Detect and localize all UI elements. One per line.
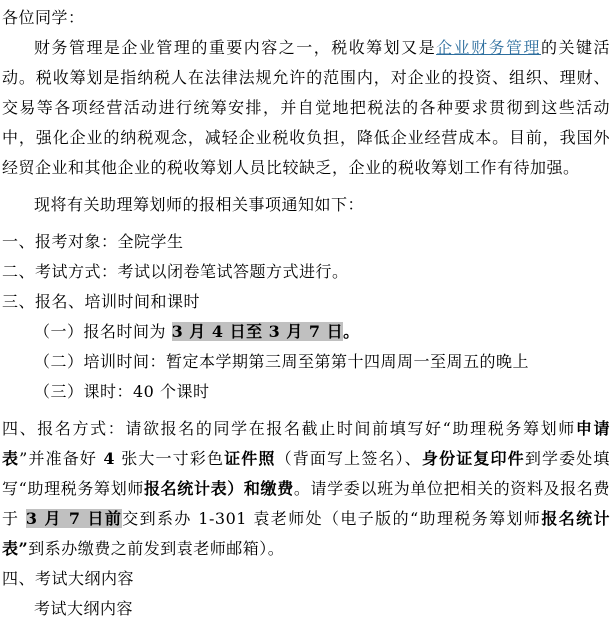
text-run: 到系办缴费之前发到袁老师邮箱）。 [28,539,284,558]
document-body: 各位同学：财务管理是企业管理的重要内容之一，税收筹划又是企业财务管理的关键活动。… [0,0,612,624]
text-run: 三、报名、培训时间和课时 [2,292,200,311]
text-run: 4 [103,449,115,468]
item-3-2-training-time: （二）培训时间：暂定本学期第三周至第第十四周周一至周五的晚上 [2,347,610,377]
text-run: 的关键活动。税收筹划是指纳税人在法律法规允许的范围内，对企业的投资、组织、理财、… [2,38,610,177]
text-run: 。 [343,322,360,341]
item-3-1-signup-time: （一）报名时间为 3 月 4 日至 3 月 7 日。 [2,317,610,347]
text-run: （背面写上签名）、 [276,449,422,468]
text-run: 一、报考对象：全院学生 [2,232,184,251]
text-run: 报名统计表）和缴费 [144,479,294,498]
item-4-outline-heading: 四、考试大纲内容 [2,564,610,594]
text-run: 交到系办 1-301 袁老师处（电子版的“助理税务筹划师 [122,509,541,528]
text-run: 身份证复印件 [422,449,525,468]
text-run: （三）课时：40 个课时 [34,382,209,401]
text-run: 财务管理是企业管理的重要内容之一，税收筹划又是 [34,38,436,57]
item-1-candidates: 一、报考对象：全院学生 [2,227,610,257]
intro-paragraph: 财务管理是企业管理的重要内容之一，税收筹划又是企业财务管理的关键活动。税收筹划是… [2,33,610,183]
highlighted-text: 3 月 4 日至 3 月 7 日 [172,322,344,341]
text-run: 二、考试方式：考试以闭卷笔试答题方式进行。 [2,262,349,281]
text-run: （一）报名时间为 [34,322,172,341]
text-run: ”并准备好 [19,449,103,468]
notice-lead: 现将有关助理筹划师的报相关事项通知如下： [2,190,610,220]
item-4-signup-method: 四、报名方式：请欲报名的同学在报名截止时间前填写好“助理税务筹划师申请表”并准备… [2,414,610,564]
item-2-exam-format: 二、考试方式：考试以闭卷笔试答题方式进行。 [2,257,610,287]
outline-body: 考试大纲内容 [2,594,610,624]
item-3-3-class-hours: （三）课时：40 个课时 [2,377,610,407]
text-run: 现将有关助理筹划师的报相关事项通知如下： [34,195,364,214]
text-run: 考试大纲内容 [34,599,133,618]
text-run: （二）培训时间：暂定本学期第三周至第第十四周周一至周五的晚上 [34,352,529,371]
highlighted-text: 3 月 7 日前 [26,509,122,528]
text-run: 四、报名方式：请欲报名的同学在报名截止时间前填写好“助理税务筹划师 [2,419,576,438]
text-run: 张大一寸彩色 [115,449,224,468]
item-3-schedule: 三、报名、培训时间和课时 [2,287,610,317]
text-run: 各位同学： [2,8,85,27]
salutation: 各位同学： [2,3,610,33]
text-run: 证件照 [224,449,275,468]
text-run: 四、考试大纲内容 [2,569,134,588]
inline-hyperlink[interactable]: 企业财务管理 [436,38,541,57]
